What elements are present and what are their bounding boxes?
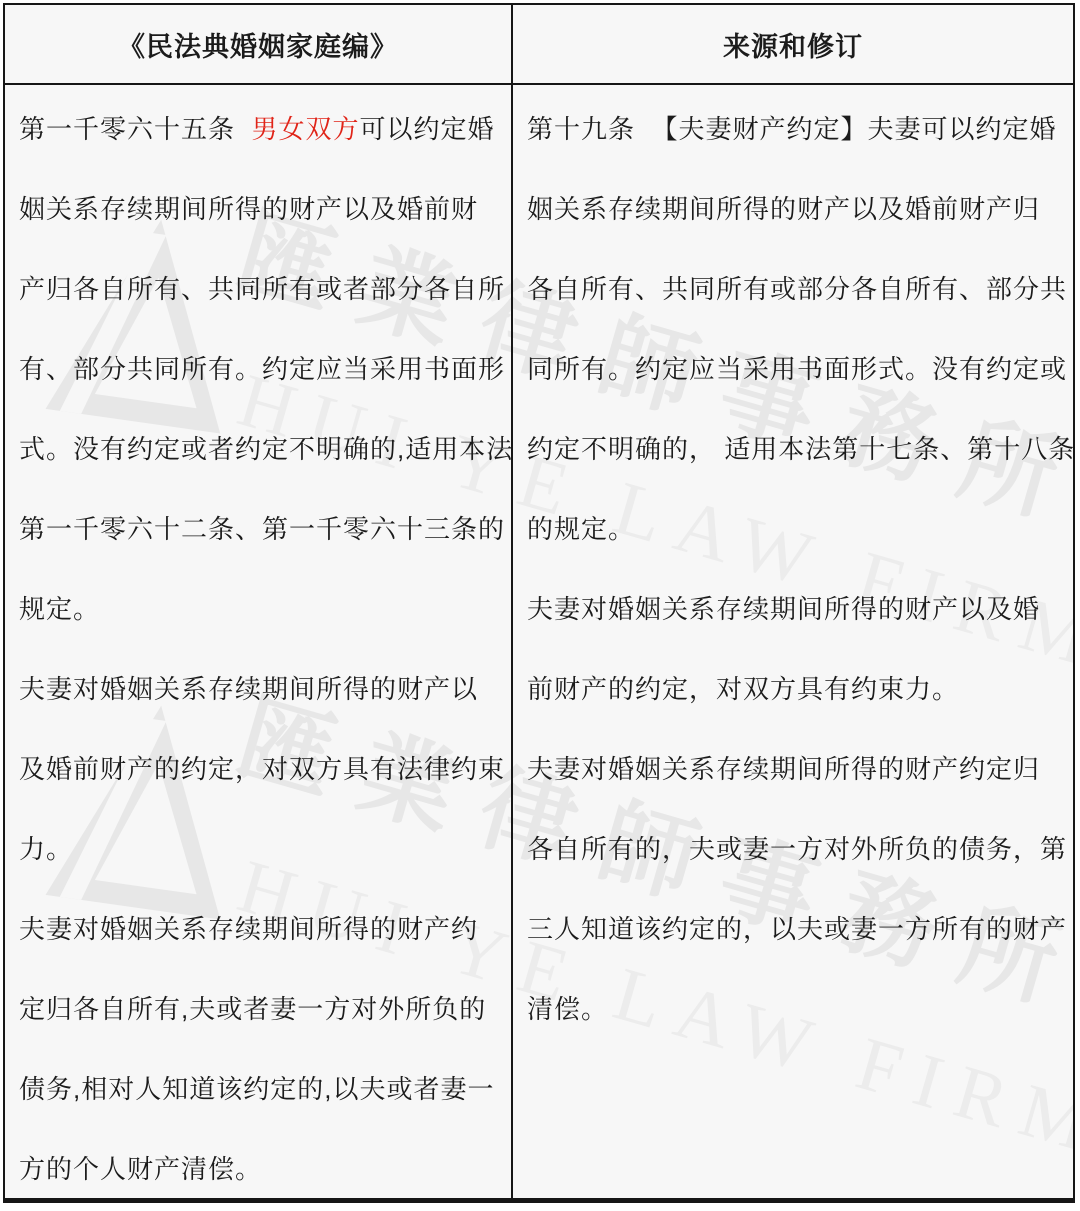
text-line: 姻关系存续期间所得的财产以及婚前财 [19, 167, 511, 247]
text-line: 方的个人财产清偿。 [19, 1127, 511, 1203]
text-line: 夫妻对婚姻关系存续期间所得的财产以 [19, 647, 511, 727]
text-segment: 可以约定婚 [359, 109, 494, 146]
text-segment: 同所有。约定应当采用书面形式。没有约定或 [527, 349, 1067, 386]
text-line: 规定。 [19, 567, 511, 647]
text-line: 及婚前财产的约定，对双方具有法律约束 [19, 727, 511, 807]
text-segment: 夫妻对婚姻关系存续期间所得的财产以及婚 [527, 589, 1040, 626]
text-line: 三人知道该约定的，以夫或妻一方所有的财产 [527, 887, 1075, 967]
text-line: 力。 [19, 807, 511, 887]
text-line: 定归各自所有,夫或者妻一方对外所负的 [19, 967, 511, 1047]
text-segment: 夫妻对婚姻关系存续期间所得的财产以 [19, 669, 478, 706]
text-segment: 各自所有、共同所有或部分各自所有、部分共 [527, 269, 1067, 306]
text-line: 第十九条 【夫妻财产约定】夫妻可以约定婚 [527, 87, 1075, 167]
text-segment: 有、部分共同所有。约定应当采用书面形 [19, 349, 505, 386]
text-line: 夫妻对婚姻关系存续期间所得的财产以及婚 [527, 567, 1075, 647]
text-line: 约定不明确的， 适用本法第十七条、第十八条 [527, 407, 1075, 487]
text-segment: 约定不明确的， 适用本法第十七条、第十八条 [527, 429, 1075, 466]
text-segment: 第一千零六十五条 [19, 109, 251, 146]
text-line: 姻关系存续期间所得的财产以及婚前财产归 [527, 167, 1075, 247]
text-line: 前财产的约定，对双方具有约束力。 [527, 647, 1075, 727]
text-line: 债务,相对人知道该约定的,以夫或者妻一 [19, 1047, 511, 1127]
text-segment: 产归各自所有、共同所有或者部分各自所 [19, 269, 505, 306]
cell-civil-code-article: 第一千零六十五条 男女双方可以约定婚姻关系存续期间所得的财产以及婚前财产归各自所… [5, 85, 513, 1200]
highlighted-text: 男女双方 [251, 109, 359, 146]
text-line: 的规定。 [527, 487, 1075, 567]
comparison-table: 匯業律師事務所 HUI YE LAW FIRM 匯業律師事務所 HUI YE L… [3, 3, 1075, 1203]
table-header-source-revision: 来源和修订 [513, 5, 1073, 83]
text-line: 产归各自所有、共同所有或者部分各自所 [19, 247, 511, 327]
text-line: 式。没有约定或者约定不明确的,适用本法 [19, 407, 511, 487]
text-segment: 第一千零六十二条、第一千零六十三条的 [19, 509, 505, 546]
text-segment: 前财产的约定，对双方具有约束力。 [527, 669, 959, 706]
text-segment: 各自所有的，夫或妻一方对外所负的债务，第 [527, 829, 1067, 866]
text-segment: 规定。 [19, 589, 100, 626]
text-line: 第一千零六十二条、第一千零六十三条的 [19, 487, 511, 567]
cell-source-article: 第十九条 【夫妻财产约定】夫妻可以约定婚姻关系存续期间所得的财产以及婚前财产归各… [513, 85, 1075, 1200]
text-segment: 债务,相对人知道该约定的,以夫或者妻一 [19, 1069, 494, 1106]
table-header-row: 《民法典婚姻家庭编》 来源和修订 [5, 5, 1073, 85]
text-segment: 方的个人财产清偿。 [19, 1149, 262, 1186]
text-line: 夫妻对婚姻关系存续期间所得的财产约 [19, 887, 511, 967]
text-segment: 第十九条 【夫妻财产约定】夫妻可以约定婚 [527, 109, 1056, 146]
text-line: 各自所有、共同所有或部分各自所有、部分共 [527, 247, 1075, 327]
text-line: 同所有。约定应当采用书面形式。没有约定或 [527, 327, 1075, 407]
text-line: 有、部分共同所有。约定应当采用书面形 [19, 327, 511, 407]
text-line: 各自所有的，夫或妻一方对外所负的债务，第 [527, 807, 1075, 887]
text-segment: 夫妻对婚姻关系存续期间所得的财产约 [19, 909, 478, 946]
text-line: 第一千零六十五条 男女双方可以约定婚 [19, 87, 511, 167]
text-segment: 及婚前财产的约定，对双方具有法律约束 [19, 749, 505, 786]
text-segment: 姻关系存续期间所得的财产以及婚前财产归 [527, 189, 1040, 226]
text-segment: 清偿。 [527, 989, 608, 1026]
text-segment: 式。没有约定或者约定不明确的,适用本法 [19, 429, 513, 466]
text-segment: 力。 [19, 829, 73, 866]
text-segment: 三人知道该约定的，以夫或妻一方所有的财产 [527, 909, 1067, 946]
text-segment: 的规定。 [527, 509, 635, 546]
text-segment: 夫妻对婚姻关系存续期间所得的财产约定归 [527, 749, 1040, 786]
table-body-row: 第一千零六十五条 男女双方可以约定婚姻关系存续期间所得的财产以及婚前财产归各自所… [5, 85, 1073, 1200]
text-line: 夫妻对婚姻关系存续期间所得的财产约定归 [527, 727, 1075, 807]
text-segment: 定归各自所有,夫或者妻一方对外所负的 [19, 989, 486, 1026]
table-header-civil-code: 《民法典婚姻家庭编》 [5, 5, 513, 83]
text-line: 清偿。 [527, 967, 1075, 1047]
text-segment: 姻关系存续期间所得的财产以及婚前财 [19, 189, 478, 226]
